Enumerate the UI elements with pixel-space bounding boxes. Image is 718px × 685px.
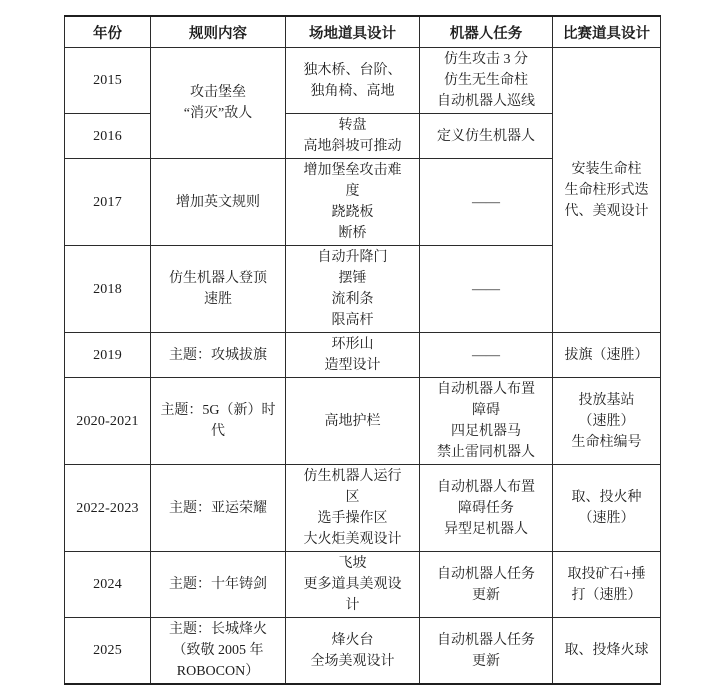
prop-design-cell: 安装生命柱 生命柱形式迭 代、美观设计: [553, 48, 661, 333]
field-design-cell: 转盘 高地斜坡可推动: [286, 114, 420, 159]
year-cell: 2017: [65, 159, 151, 246]
table-row: 2022-2023 主题：亚运荣耀 仿生机器人运行 区 选手操作区 大火炬美观设…: [65, 465, 661, 552]
year-cell: 2016: [65, 114, 151, 159]
table-row: 2015 攻击堡垒 “消灭”敌人 独木桥、台阶、 独角椅、高地 仿生攻击 3 分…: [65, 48, 661, 114]
field-design-cell: 自动升降门 摆锤 流利条 限高杆: [286, 246, 420, 333]
prop-design-cell: 投放基站 （速胜） 生命柱编号: [553, 378, 661, 465]
year-cell: 2022-2023: [65, 465, 151, 552]
rule-cell: 主题：十年铸剑: [151, 552, 286, 618]
field-design-cell: 仿生机器人运行 区 选手操作区 大火炬美观设计: [286, 465, 420, 552]
field-design-cell: 高地护栏: [286, 378, 420, 465]
prop-design-cell: 取、投烽火球: [553, 618, 661, 685]
rule-cell: 增加英文规则: [151, 159, 286, 246]
rule-cell: 攻击堡垒 “消灭”敌人: [151, 48, 286, 159]
robot-task-cell: 仿生攻击 3 分 仿生无生命柱 自动机器人巡线: [420, 48, 553, 114]
table-row: 2020-2021 主题：5G（新）时 代 高地护栏 自动机器人布置 障碍 四足…: [65, 378, 661, 465]
robot-task-cell: ——: [420, 159, 553, 246]
rule-cell: 主题：5G（新）时 代: [151, 378, 286, 465]
table-row: 2024 主题：十年铸剑 飞坡 更多道具美观设 计 自动机器人任务 更新 取投矿…: [65, 552, 661, 618]
column-header-robot-task: 机器人任务: [420, 16, 553, 48]
year-cell: 2018: [65, 246, 151, 333]
robocon-rules-table: 年份 规则内容 场地道具设计 机器人任务 比赛道具设计 2015 攻击堡垒 “消…: [64, 15, 661, 685]
prop-design-cell: 取投矿石+捶 打（速胜）: [553, 552, 661, 618]
robocon-rules-table-container: 年份 规则内容 场地道具设计 机器人任务 比赛道具设计 2015 攻击堡垒 “消…: [64, 15, 661, 685]
field-design-cell: 环形山 造型设计: [286, 333, 420, 378]
year-cell: 2020-2021: [65, 378, 151, 465]
field-design-cell: 飞坡 更多道具美观设 计: [286, 552, 420, 618]
year-cell: 2025: [65, 618, 151, 685]
field-design-cell: 独木桥、台阶、 独角椅、高地: [286, 48, 420, 114]
column-header-rule-content: 规则内容: [151, 16, 286, 48]
header-row: 年份 规则内容 场地道具设计 机器人任务 比赛道具设计: [65, 16, 661, 48]
robot-task-cell: 定义仿生机器人: [420, 114, 553, 159]
year-cell: 2015: [65, 48, 151, 114]
column-header-competition-prop-design: 比赛道具设计: [553, 16, 661, 48]
prop-design-cell: 取、投火种 （速胜）: [553, 465, 661, 552]
year-cell: 2024: [65, 552, 151, 618]
robot-task-cell: ——: [420, 333, 553, 378]
rule-cell: 主题：攻城拔旗: [151, 333, 286, 378]
robot-task-cell: 自动机器人布置 障碍任务 异型足机器人: [420, 465, 553, 552]
robot-task-cell: 自动机器人任务 更新: [420, 618, 553, 685]
year-cell: 2019: [65, 333, 151, 378]
table-row: 2019 主题：攻城拔旗 环形山 造型设计 —— 拔旗（速胜）: [65, 333, 661, 378]
table-row: 2025 主题：长城烽火 （致敬 2005 年 ROBOCON） 烽火台 全场美…: [65, 618, 661, 685]
robot-task-cell: 自动机器人任务 更新: [420, 552, 553, 618]
robot-task-cell: 自动机器人布置 障碍 四足机器马 禁止雷同机器人: [420, 378, 553, 465]
field-design-cell: 烽火台 全场美观设计: [286, 618, 420, 685]
rule-cell: 主题：长城烽火 （致敬 2005 年 ROBOCON）: [151, 618, 286, 685]
rule-cell: 主题：亚运荣耀: [151, 465, 286, 552]
prop-design-cell: 拔旗（速胜）: [553, 333, 661, 378]
robot-task-cell: ——: [420, 246, 553, 333]
rule-cell: 仿生机器人登顶 速胜: [151, 246, 286, 333]
column-header-field-prop-design: 场地道具设计: [286, 16, 420, 48]
column-header-year: 年份: [65, 16, 151, 48]
field-design-cell: 增加堡垒攻击难 度 跷跷板 断桥: [286, 159, 420, 246]
